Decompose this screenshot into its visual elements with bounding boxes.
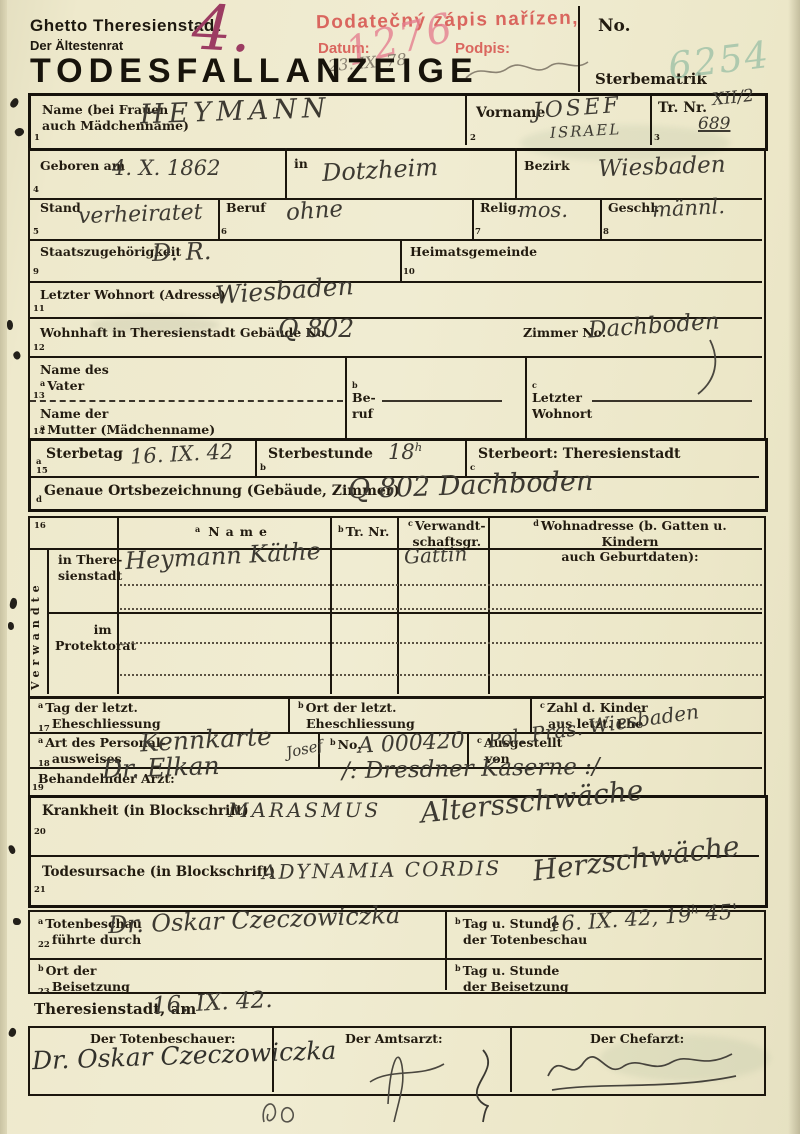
eltern-beruf-label: b Be-ruf xyxy=(352,380,376,421)
stand-label: Stand xyxy=(40,200,81,216)
stand-value: verheiratet xyxy=(78,202,203,228)
group-protektorat-label: imProtektorat xyxy=(55,622,136,653)
vater-label: Name des aVater xyxy=(40,362,109,393)
field-number: 20 xyxy=(34,828,46,837)
paper-speck xyxy=(8,622,14,630)
field-number: a15 xyxy=(36,458,48,477)
geschl-value: männl. xyxy=(652,196,726,221)
divider xyxy=(472,199,474,239)
row-line xyxy=(28,356,762,358)
ortsbezeichnung-label: Genaue Ortsbezeichnung (Gebäude, Zimmer) xyxy=(44,483,400,501)
field-number: 4 xyxy=(33,186,39,195)
field-number: 2 xyxy=(470,134,476,143)
dotted-line xyxy=(120,674,762,676)
ehe-ort-label: bOrt der letzt. Eheschliessung xyxy=(298,700,415,731)
divider xyxy=(400,239,402,281)
bezirk-value: Wiesbaden xyxy=(598,154,726,181)
staat-value: D. R. xyxy=(152,239,212,265)
arzt-value2: /: Dresdner Kaserne :/ xyxy=(342,756,600,783)
field-number: 16 xyxy=(34,522,46,531)
form-title: TODESFALLANZEIGE xyxy=(30,52,479,91)
divider xyxy=(397,516,399,694)
sig-chefarzt-signature xyxy=(540,1040,750,1100)
trnr-value-old: 689 xyxy=(698,116,730,133)
row-line xyxy=(28,958,762,960)
arzt-value: Dr. Elkan xyxy=(102,753,220,782)
heimat-label: Heimatsgemeinde xyxy=(410,244,537,260)
divider xyxy=(218,199,220,239)
header-divider xyxy=(578,6,580,92)
field-number: 9 xyxy=(33,268,39,277)
vorname-value2: ISRAEL xyxy=(550,122,622,141)
fill-line xyxy=(382,400,502,402)
divider xyxy=(47,548,49,694)
paper-speck xyxy=(13,918,21,925)
paper-speck xyxy=(14,126,26,137)
col-trnr-header: bTr. Nr. xyxy=(338,524,389,540)
ausweis-no-value: A 000420 xyxy=(357,730,465,758)
paper-speck xyxy=(7,1027,18,1038)
geburtsort-label: in xyxy=(294,156,308,172)
field-letter: d xyxy=(36,496,42,505)
sterbestunde-value: 18h xyxy=(388,442,422,463)
death-notice-form: Ghetto Theresienstadt Der Ältestenrat 4.… xyxy=(0,0,800,1134)
krankheit-label: Krankheit (in Blockschrift) xyxy=(42,803,249,820)
col-name-header: aName xyxy=(195,524,273,540)
mutter-label: Name der aMutter (Mädchenname) xyxy=(40,406,215,437)
field-number: 8 xyxy=(603,228,609,237)
scan-edge-left xyxy=(0,0,7,1134)
trnr-value-new: XII/2 xyxy=(711,88,755,109)
divider xyxy=(650,96,652,145)
wohnort-label: Letzter Wohnort (Adresse) xyxy=(40,287,226,303)
bezirk-label: Bezirk xyxy=(524,158,570,174)
field-number: 5 xyxy=(33,228,39,237)
no-label: No. xyxy=(598,16,631,37)
pen-curve-mark xyxy=(690,336,720,398)
org-name-line2: Der Ältestenrat xyxy=(30,38,123,53)
todesursache-block-value: ADYNAMIA CORDIS xyxy=(262,858,502,882)
field-number: 14 xyxy=(33,428,45,437)
row-line xyxy=(28,697,762,699)
entry-verwandtschaft: Gattin xyxy=(404,543,468,566)
sterbetag-label: Sterbetag xyxy=(46,446,123,464)
footer-datum-value: 16. IX. 42. xyxy=(151,989,273,1018)
divider xyxy=(288,698,290,732)
field-number: 1 xyxy=(34,134,40,143)
divider xyxy=(285,148,287,198)
relig-label: Relig. xyxy=(480,200,521,216)
sterbeort-label: Sterbeort: Theresienstadt xyxy=(478,446,681,464)
field-number: 11 xyxy=(33,305,45,314)
paper-speck xyxy=(8,844,17,855)
divider xyxy=(515,148,517,198)
sig-totenbeschauer-flourish xyxy=(455,1048,525,1128)
vorname-value: JOSEF xyxy=(532,95,622,123)
field-number: 6 xyxy=(221,228,227,237)
row-line xyxy=(28,239,762,241)
beruf-label: Beruf xyxy=(226,200,266,216)
geburtsort-value: Dotzheim xyxy=(321,155,438,185)
row-line xyxy=(28,281,762,283)
paper-speck xyxy=(9,597,19,609)
field-number: 21 xyxy=(34,886,46,895)
paper-speck xyxy=(12,350,22,360)
field-number: 19 xyxy=(32,784,44,793)
group-theresienstadt-label: in There-sienstadt xyxy=(58,552,122,583)
col-wohnadresse-header: dWohnadresse (b. Gatten u. Kindern auch … xyxy=(505,518,755,565)
name-value: HEYMANN xyxy=(140,95,331,129)
divider xyxy=(345,356,347,438)
scan-edge-right xyxy=(788,0,800,1134)
field-number: 10 xyxy=(403,268,415,277)
divider-dashed xyxy=(30,400,343,402)
divider xyxy=(488,516,490,694)
field-number: 12 xyxy=(33,344,45,353)
divider xyxy=(255,441,257,476)
relig-value: mos. xyxy=(518,200,568,221)
dotted-line xyxy=(120,584,762,586)
sig-amtsarzt-signature xyxy=(348,1038,458,1128)
sterbestunde-label: Sterbestunde xyxy=(268,446,373,464)
field-letter: b xyxy=(260,464,266,473)
verwandte-side-label: Verwandte xyxy=(29,560,42,690)
section-line xyxy=(48,612,762,614)
field-number: 3 xyxy=(654,134,660,143)
sterbetag-value: 16. IX. 42 xyxy=(130,441,234,467)
pencil-mark-bottom xyxy=(252,1094,300,1130)
divider xyxy=(600,199,602,239)
dotted-line xyxy=(120,642,762,644)
divider xyxy=(445,910,447,990)
beisetzung-ort-label: bOrt der 23Beisetzung xyxy=(38,963,130,997)
krankheit-block-value: MARASMUS xyxy=(228,800,381,820)
divider xyxy=(465,96,467,145)
beisetzung-zeit-label: bTag u. Stunde der Beisetzung xyxy=(455,963,569,994)
divider xyxy=(525,356,527,438)
dotted-line xyxy=(120,608,762,610)
sterbematrik-value: 6254 xyxy=(666,36,772,85)
fill-line xyxy=(592,400,752,402)
paper-speck xyxy=(7,320,13,330)
todesursache-label: Todesursache (in Blockschrift) xyxy=(42,864,275,881)
wohnhaft-value: Q 802 xyxy=(278,316,354,341)
eltern-wohnort-label: c LetzterWohnort xyxy=(532,380,592,421)
paper-speck xyxy=(9,97,21,109)
geboren-value: 4. X. 1862 xyxy=(112,158,220,179)
podpis-signature-scribble xyxy=(462,52,592,86)
divider xyxy=(330,516,332,694)
beruf-value: ohne xyxy=(285,198,344,225)
field-number: 7 xyxy=(475,228,481,237)
divider xyxy=(117,516,119,694)
ortsbezeichnung-value: Q 802 Dachboden xyxy=(348,468,594,504)
